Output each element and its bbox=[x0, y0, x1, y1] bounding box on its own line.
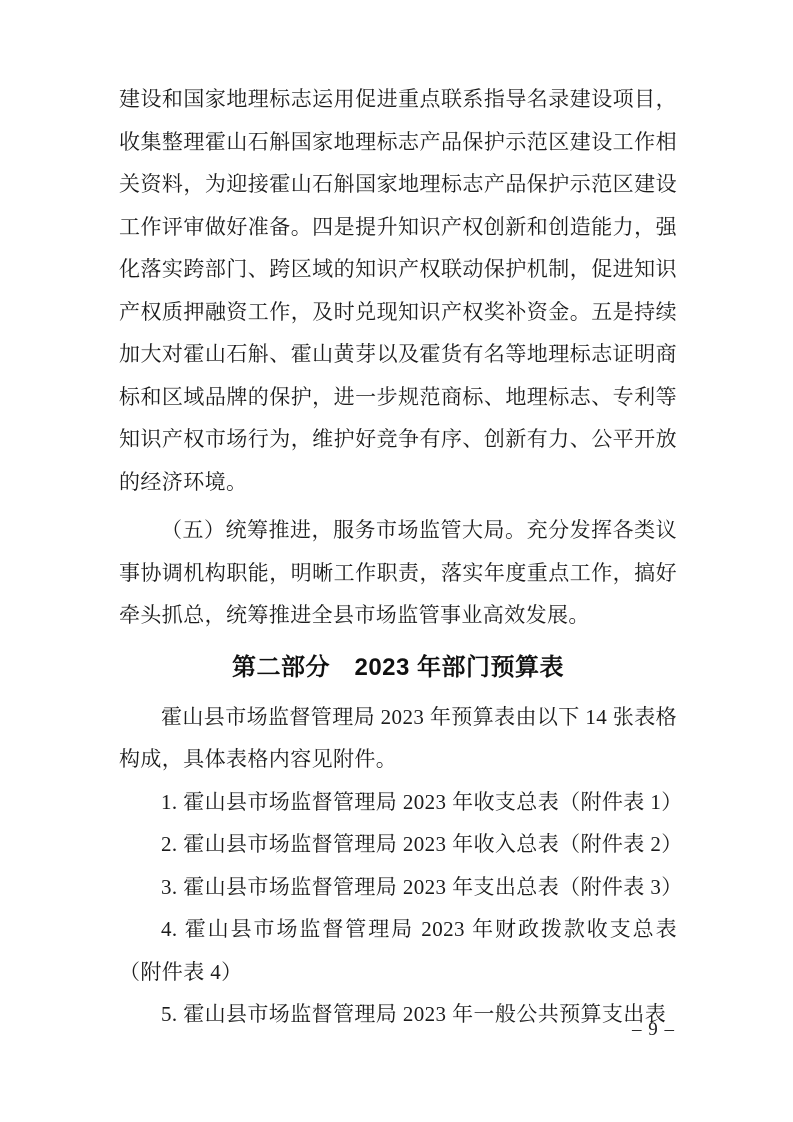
page-number: – 9 – bbox=[632, 1019, 675, 1041]
list-item-wrap-line: （附件表 4） bbox=[119, 951, 677, 994]
intro-paragraph: 霍山县市场监督管理局 2023 年预算表由以下 14 张表格构成，具体表格内容见… bbox=[119, 696, 677, 781]
list-item: 2. 霍山县市场监督管理局 2023 年收入总表（附件表 2） bbox=[119, 823, 677, 866]
paragraph-continuation: 建设和国家地理标志运用促进重点联系指导名录建设项目，收集整理霍山石斛国家地理标志… bbox=[119, 78, 677, 503]
list-item: 4. 霍山县市场监督管理局 2023 年财政拨款收支总表 bbox=[119, 908, 677, 951]
list-item: 3. 霍山县市场监督管理局 2023 年支出总表（附件表 3） bbox=[119, 866, 677, 909]
table-list: 1. 霍山县市场监督管理局 2023 年收支总表（附件表 1） 2. 霍山县市场… bbox=[119, 781, 677, 1036]
paragraph-five: （五）统筹推进，服务市场监管大局。充分发挥各类议事协调机构职能，明晰工作职责，落… bbox=[119, 509, 677, 637]
document-content: 建设和国家地理标志运用促进重点联系指导名录建设项目，收集整理霍山石斛国家地理标志… bbox=[119, 78, 677, 1036]
list-item: 1. 霍山县市场监督管理局 2023 年收支总表（附件表 1） bbox=[119, 781, 677, 824]
document-page: 建设和国家地理标志运用促进重点联系指导名录建设项目，收集整理霍山石斛国家地理标志… bbox=[0, 0, 793, 1122]
section-heading: 第二部分 2023 年部门预算表 bbox=[119, 646, 677, 690]
list-item: 5. 霍山县市场监督管理局 2023 年一般公共预算支出表 bbox=[119, 993, 677, 1036]
